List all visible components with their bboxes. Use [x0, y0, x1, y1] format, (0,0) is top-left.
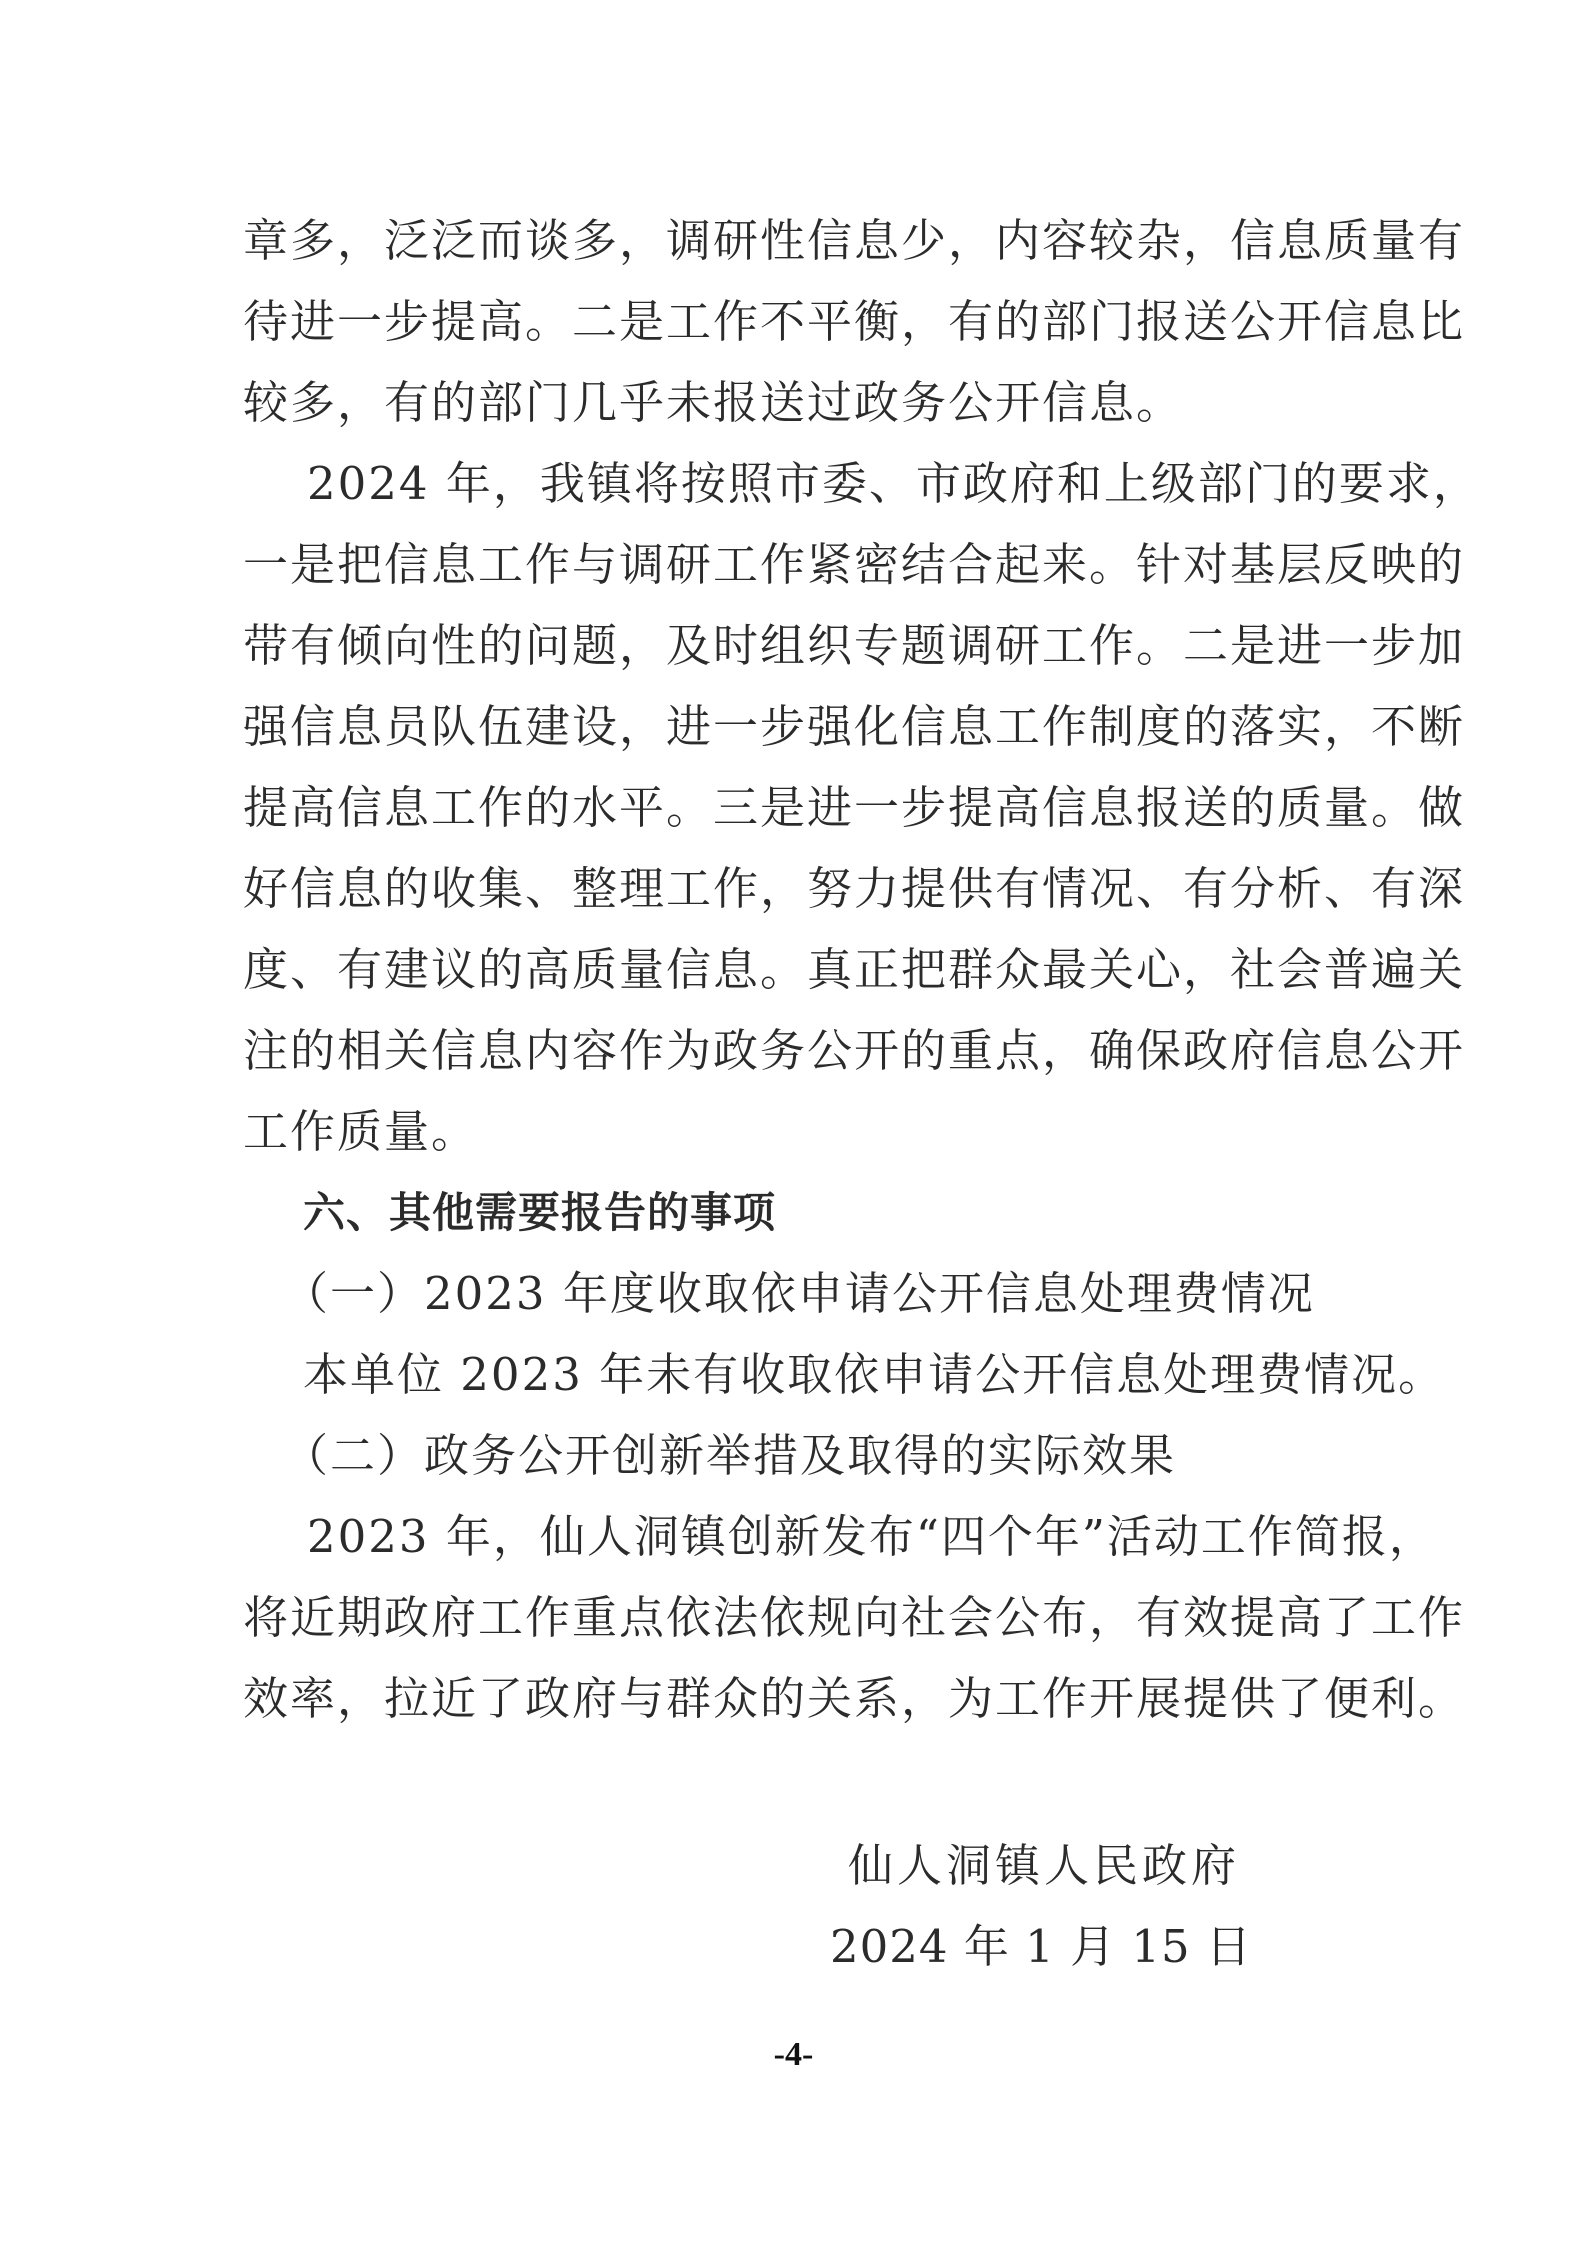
signing-organization: 仙人洞镇人民政府 — [830, 1825, 1252, 1906]
text-line: 2024 年，我镇将按照市委、市政府和上级部门的要求， — [243, 443, 1353, 524]
section-heading: 六、其他需要报告的事项 — [243, 1172, 1353, 1253]
text-line: 一是把信息工作与调研工作紧密结合起来。针对基层反映的 — [243, 524, 1353, 605]
paragraph-2024-plan: 2024 年，我镇将按照市委、市政府和上级部门的要求， 一是把信息工作与调研工作… — [243, 443, 1353, 1172]
section-6: 六、其他需要报告的事项 （一）2023 年度收取依申请公开信息处理费情况 本单位… — [243, 1172, 1353, 1739]
subsection-title-innovation: （二）政务公开创新举措及取得的实际效果 — [243, 1415, 1353, 1496]
document-body: 章多，泛泛而谈多，调研性信息少，内容较杂，信息质量有 待进一步提高。二是工作不平… — [243, 200, 1353, 1739]
text-line: 度、有建议的高质量信息。真正把群众最关心，社会普遍关 — [243, 929, 1353, 1010]
paragraph-problems-continued: 章多，泛泛而谈多，调研性信息少，内容较杂，信息质量有 待进一步提高。二是工作不平… — [243, 200, 1353, 443]
text-line: 效率，拉近了政府与群众的关系，为工作开展提供了便利。 — [243, 1658, 1353, 1739]
text-line: 强信息员队伍建设，进一步强化信息工作制度的落实，不断 — [243, 686, 1353, 767]
text-line: 待进一步提高。二是工作不平衡，有的部门报送公开信息比 — [243, 281, 1353, 362]
signing-date: 2024 年 1 月 15 日 — [830, 1906, 1252, 1987]
text-line: 章多，泛泛而谈多，调研性信息少，内容较杂，信息质量有 — [243, 200, 1353, 281]
text-line: 工作质量。 — [243, 1091, 1353, 1172]
subsection-title-fees: （一）2023 年度收取依申请公开信息处理费情况 — [243, 1253, 1353, 1334]
text-line: 好信息的收集、整理工作，努力提供有情况、有分析、有深 — [243, 848, 1353, 929]
page-number: -4- — [0, 2036, 1587, 2074]
text-line: 2023 年，仙人洞镇创新发布“四个年”活动工作简报， — [243, 1496, 1353, 1577]
signature-block: 仙人洞镇人民政府 2024 年 1 月 15 日 — [830, 1825, 1252, 1987]
text-line: 注的相关信息内容作为政务公开的重点，确保政府信息公开 — [243, 1010, 1353, 1091]
text-line: 带有倾向性的问题，及时组织专题调研工作。二是进一步加 — [243, 605, 1353, 686]
document-page: 章多，泛泛而谈多，调研性信息少，内容较杂，信息质量有 待进一步提高。二是工作不平… — [0, 0, 1587, 2245]
text-line: 将近期政府工作重点依法依规向社会公布，有效提高了工作 — [243, 1577, 1353, 1658]
text-line: 提高信息工作的水平。三是进一步提高信息报送的质量。做 — [243, 767, 1353, 848]
text-line: 较多，有的部门几乎未报送过政务公开信息。 — [243, 362, 1353, 443]
subsection-body-fees: 本单位 2023 年未有收取依申请公开信息处理费情况。 — [243, 1334, 1353, 1415]
